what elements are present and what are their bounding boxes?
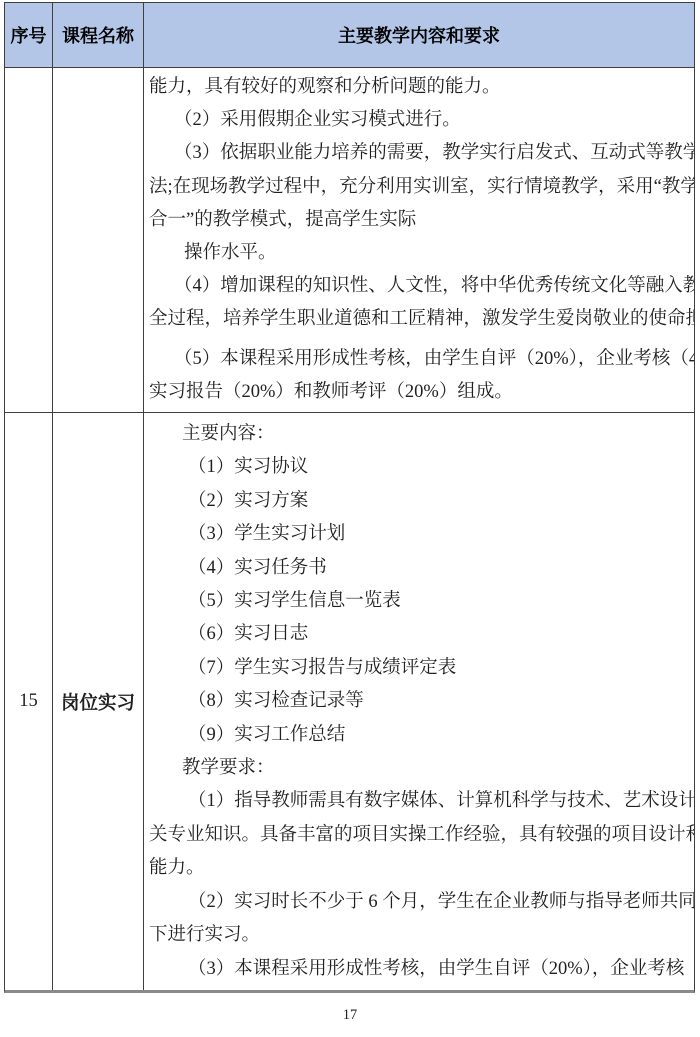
table-row-continuation: 能力，具有较好的观察和分析问题的能力。 （2）采用假期企业实习模式进行。 （3）… (5, 68, 694, 413)
content-line: （2）实习时长不少于 6 个月，学生在企业教师与指导老师共同协助 (149, 886, 688, 919)
content-line: 教学要求： (149, 752, 688, 785)
content-cell: 主要内容： （1）实习协议 （2）实习方案 （3）学生实习计划 （4）实习任务书… (144, 413, 694, 990)
content-line: 全过程，培养学生职业道德和工匠精神，激发学生爱岗敬业的使命担当。 (149, 303, 688, 336)
seq-cell: 15 (5, 413, 53, 990)
content-line: 实习报告（20%）和教师考评（20%）组成。 (149, 376, 688, 409)
header-cell-content: 主要教学内容和要求 (144, 3, 694, 67)
course-cell: 岗位实习 (53, 413, 144, 990)
content-line: （8）实习检查记录等 (149, 685, 688, 718)
page-number: 17 (0, 1007, 700, 1024)
content-line: 合一”的教学模式，提高学生实际 (149, 204, 688, 237)
content-line: （1）实习协议 (149, 451, 688, 484)
content-line: （5）实习学生信息一览表 (149, 585, 688, 618)
course-cell-empty (53, 68, 144, 412)
content-line: （2）采用假期企业实习模式进行。 (149, 104, 688, 137)
content-line: （2）实习方案 (149, 485, 688, 518)
content-line: （7）学生实习报告与成绩评定表 (149, 652, 688, 685)
content-line: （3）学生实习计划 (149, 518, 688, 551)
content-line: 下进行实习。 (149, 919, 688, 952)
content-line: （3）本课程采用形成性考核，由学生自评（20%），企业考核（40%）， (149, 953, 688, 986)
content-line: （6）实习日志 (149, 618, 688, 651)
content-line: （4）增加课程的知识性、人文性，将中华优秀传统文化等融入教学 (149, 270, 688, 303)
header-cell-course-name: 课程名称 (53, 3, 144, 67)
content-line: 能力。 (149, 852, 688, 885)
content-line: （4）实习任务书 (149, 552, 688, 585)
content-line: 操作水平。 (149, 237, 688, 270)
header-cell-seq: 序号 (5, 3, 53, 67)
table-row-15: 15 岗位实习 主要内容： （1）实习协议 （2）实习方案 （3）学生实习计划 … (5, 413, 694, 990)
content-line: 关专业知识。具备丰富的项目实操工作经验，具有较强的项目设计和制作 (149, 819, 688, 852)
content-line: （9）实习工作总结 (149, 719, 688, 752)
courses-table: 序号 课程名称 主要教学内容和要求 能力，具有较好的观察和分析问题的能力。 （2… (4, 2, 695, 993)
content-line: 法;在现场教学过程中，充分利用实训室，实行情境教学，采用“教学做 (149, 171, 688, 204)
content-line: （3）依据职业能力培养的需要，教学实行启发式、互动式等教学方 (149, 137, 688, 170)
content-line: 主要内容： (149, 418, 688, 451)
content-line: （5）本课程采用形成性考核，由学生自评（20%），企业考核（40%）， (149, 343, 688, 376)
content-line: （1）指导教师需具有数字媒体、计算机科学与技术、艺术设计等相 (149, 785, 688, 818)
content-line: 能力，具有较好的观察和分析问题的能力。 (149, 71, 688, 104)
content-cell: 能力，具有较好的观察和分析问题的能力。 （2）采用假期企业实习模式进行。 （3）… (144, 68, 694, 412)
seq-cell-empty (5, 68, 53, 412)
table-header-row: 序号 课程名称 主要教学内容和要求 (5, 3, 694, 68)
